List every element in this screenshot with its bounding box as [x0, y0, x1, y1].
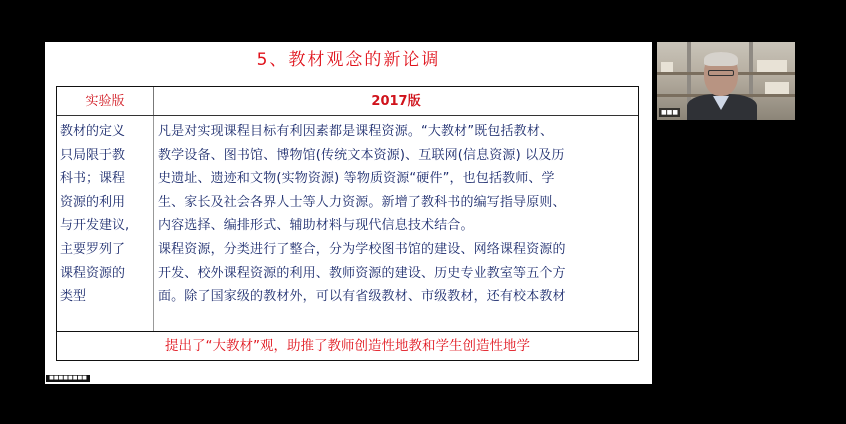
table-body-row: 教材的定义 只局限于教 科书；课程 资源的利用 与开发建议, 主要罗列了 课程资…: [57, 116, 638, 332]
cell-line: 生、家长及社会各界人士等人力资源。新增了教科书的编写指导原则、: [158, 191, 634, 215]
cell-line: 凡是对实现课程目标有利因素都是课程资源。“大教材”既包括教材、: [158, 120, 634, 144]
book: [765, 82, 789, 94]
participant-video-tile[interactable]: ■■■: [657, 42, 795, 120]
cell-line: 资源的利用: [60, 191, 153, 215]
cell-line: 科书；课程: [60, 167, 153, 191]
comparison-table: 实验版 2017版 教材的定义 只局限于教 科书；课程 资源的利用 与开发建议,…: [56, 86, 639, 361]
cell-line: 内容选择、编排形式、辅助材料与现代信息技术结合。: [158, 214, 634, 238]
cell-line: 史遗址、遗迹和文物(实物资源) 等物质资源“硬件”，也包括教师、学: [158, 167, 634, 191]
cell-line: 只局限于教: [60, 144, 153, 168]
cell-line: 课程资源，分类进行了整合，分为学校图书馆的建设、网络课程资源的: [158, 238, 634, 262]
cell-line: 主要罗列了: [60, 238, 153, 262]
header-2017-edition: 2017版: [154, 87, 638, 115]
cell-line: 课程资源的: [60, 262, 153, 286]
glasses-icon: [708, 70, 734, 76]
edition-2017-cell: 凡是对实现课程目标有利因素都是课程资源。“大教材”既包括教材、 教学设备、图书馆…: [154, 116, 638, 331]
table-header-row: 实验版 2017版: [57, 87, 638, 116]
presentation-slide: 5、教材观念的新论调 实验版 2017版 教材的定义 只局限于教 科书；课程 资…: [45, 42, 652, 384]
slide-watermark: ■■■■■■■■: [46, 375, 90, 382]
participant-name-tag: ■■■: [659, 108, 680, 117]
table-footer-summary: 提出了“大教材”观，助推了教师创造性地教和学生创造性地学: [57, 332, 638, 360]
cell-line: 教学设备、图书馆、博物馆(传统文本资源)、互联网(信息资源) 以及历: [158, 144, 634, 168]
experimental-edition-cell: 教材的定义 只局限于教 科书；课程 资源的利用 与开发建议, 主要罗列了 课程资…: [57, 116, 154, 331]
cell-line: 开发、校外课程资源的利用、教师资源的建设、历史专业教室等五个方: [158, 262, 634, 286]
cell-line: 类型: [60, 285, 153, 309]
cell-line: 与开发建议,: [60, 214, 153, 238]
book: [757, 60, 787, 72]
header-experimental-edition: 实验版: [57, 87, 154, 115]
slide-title: 5、教材观念的新论调: [45, 48, 652, 72]
person-hair: [704, 52, 738, 66]
cell-line: 面。除了国家级的教材外，可以有省级教材、市级教材，还有校本教材: [158, 285, 634, 309]
cell-line: 教材的定义: [60, 120, 153, 144]
book: [661, 62, 673, 72]
